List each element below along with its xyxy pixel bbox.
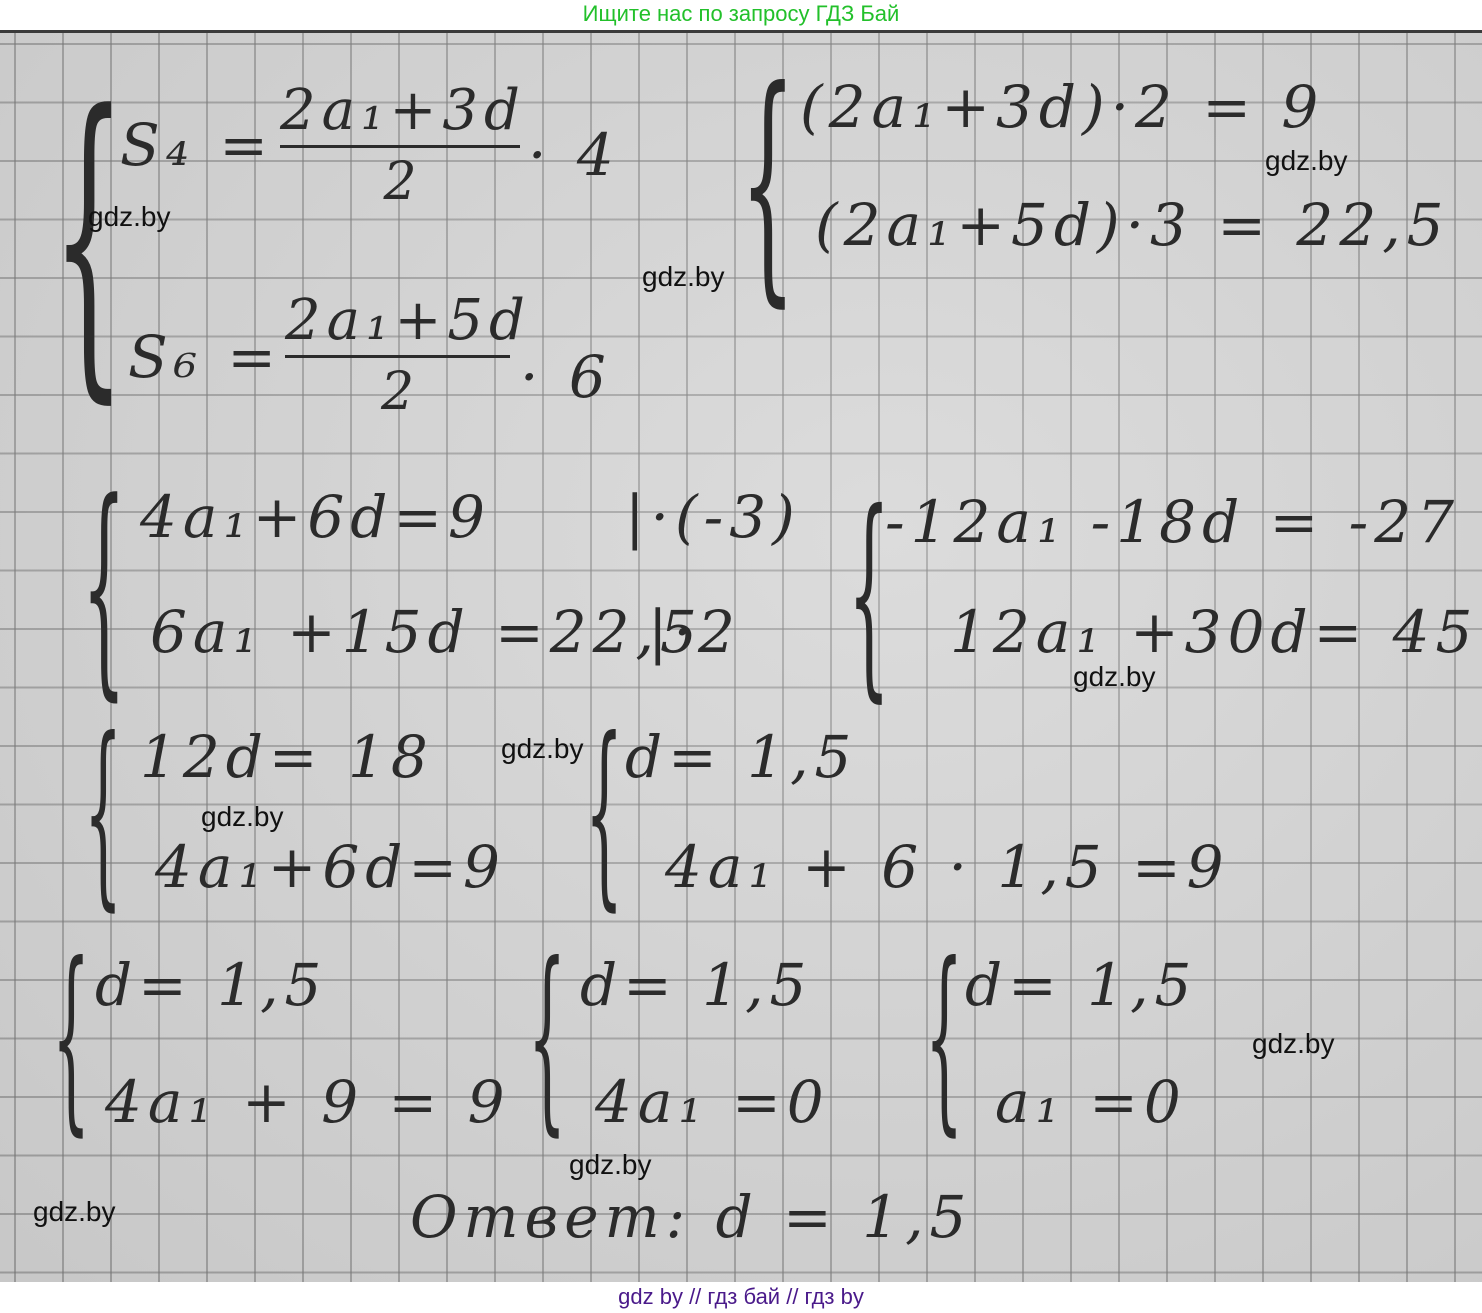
- watermark: gdz.by: [88, 201, 171, 233]
- equation-line: 12d= 18: [140, 723, 434, 791]
- watermark: gdz.by: [1073, 661, 1156, 693]
- equation-line: 4a₁ + 6 · 1,5 =9: [665, 833, 1230, 901]
- bottom-banner[interactable]: gdz by // гдз бай // гдз by: [0, 1282, 1482, 1313]
- equation-s4-tail: · 4: [528, 121, 620, 189]
- watermark: gdz.by: [33, 1196, 116, 1228]
- watermark: gdz.by: [501, 733, 584, 765]
- equation-s4-lhs: S₄ =: [120, 111, 274, 179]
- equation-line: (2a₁+3d)·2 = 9: [800, 73, 1324, 141]
- fraction-denominator: 2: [280, 152, 520, 212]
- notebook-page: { S₄ = 2a₁+3d 2 · 4 S₆ = 2a₁+5d 2 · 6 { …: [0, 30, 1482, 1285]
- multiplier-note: |·2: [648, 598, 741, 666]
- curly-brace: {: [52, 73, 125, 403]
- answer-line: Ответ: d = 1,5: [410, 1183, 972, 1251]
- fraction-numerator: 2a₁+5d: [285, 288, 510, 353]
- equation-line: 4a₁+6d=9: [155, 833, 506, 901]
- equation-line: d= 1,5: [965, 951, 1197, 1019]
- fraction-bar: [285, 355, 510, 358]
- equation-line: 4a₁+6d=9: [140, 483, 491, 551]
- watermark: gdz.by: [1265, 145, 1348, 177]
- equation-line: 4a₁ =0: [595, 1068, 830, 1136]
- curly-brace: {: [585, 713, 623, 913]
- equation-line: 4a₁ + 9 = 9: [105, 1068, 510, 1136]
- fraction-s6: 2a₁+5d 2: [285, 288, 510, 422]
- curly-brace: {: [84, 713, 122, 913]
- equation-line: d= 1,5: [95, 951, 327, 1019]
- equation-line: a₁ =0: [995, 1068, 1187, 1136]
- watermark: gdz.by: [642, 261, 725, 293]
- fraction-s4: 2a₁+3d 2: [280, 78, 520, 212]
- fraction-denominator: 2: [285, 362, 510, 422]
- curly-brace: {: [848, 483, 890, 703]
- watermark: gdz.by: [1252, 1028, 1335, 1060]
- equation-line: d= 1,5: [625, 723, 857, 791]
- equation-line: 6a₁ +15d =22,5: [150, 598, 703, 666]
- equation-s6-lhs: S₆ =: [128, 323, 282, 391]
- equation-line: -12a₁ -18d = -27: [885, 488, 1460, 556]
- watermark: gdz.by: [201, 801, 284, 833]
- fraction-numerator: 2a₁+3d: [280, 78, 520, 143]
- curly-brace: {: [528, 938, 566, 1138]
- curly-brace: {: [82, 473, 126, 703]
- multiplier-note: |·(-3): [625, 483, 801, 551]
- top-banner[interactable]: Ищите нас по запросу ГДЗ Бай: [0, 0, 1482, 32]
- curly-brace: {: [740, 58, 796, 308]
- watermark: gdz.by: [569, 1149, 652, 1181]
- equation-line: d= 1,5: [580, 951, 812, 1019]
- curly-brace: {: [52, 938, 90, 1138]
- fraction-bar: [280, 145, 520, 148]
- equation-s6-tail: · 6: [520, 343, 612, 411]
- curly-brace: {: [925, 938, 963, 1138]
- equation-line: 12a₁ +30d= 45: [950, 598, 1478, 666]
- equation-line: (2a₁+5d)·3 = 22,5: [815, 191, 1450, 259]
